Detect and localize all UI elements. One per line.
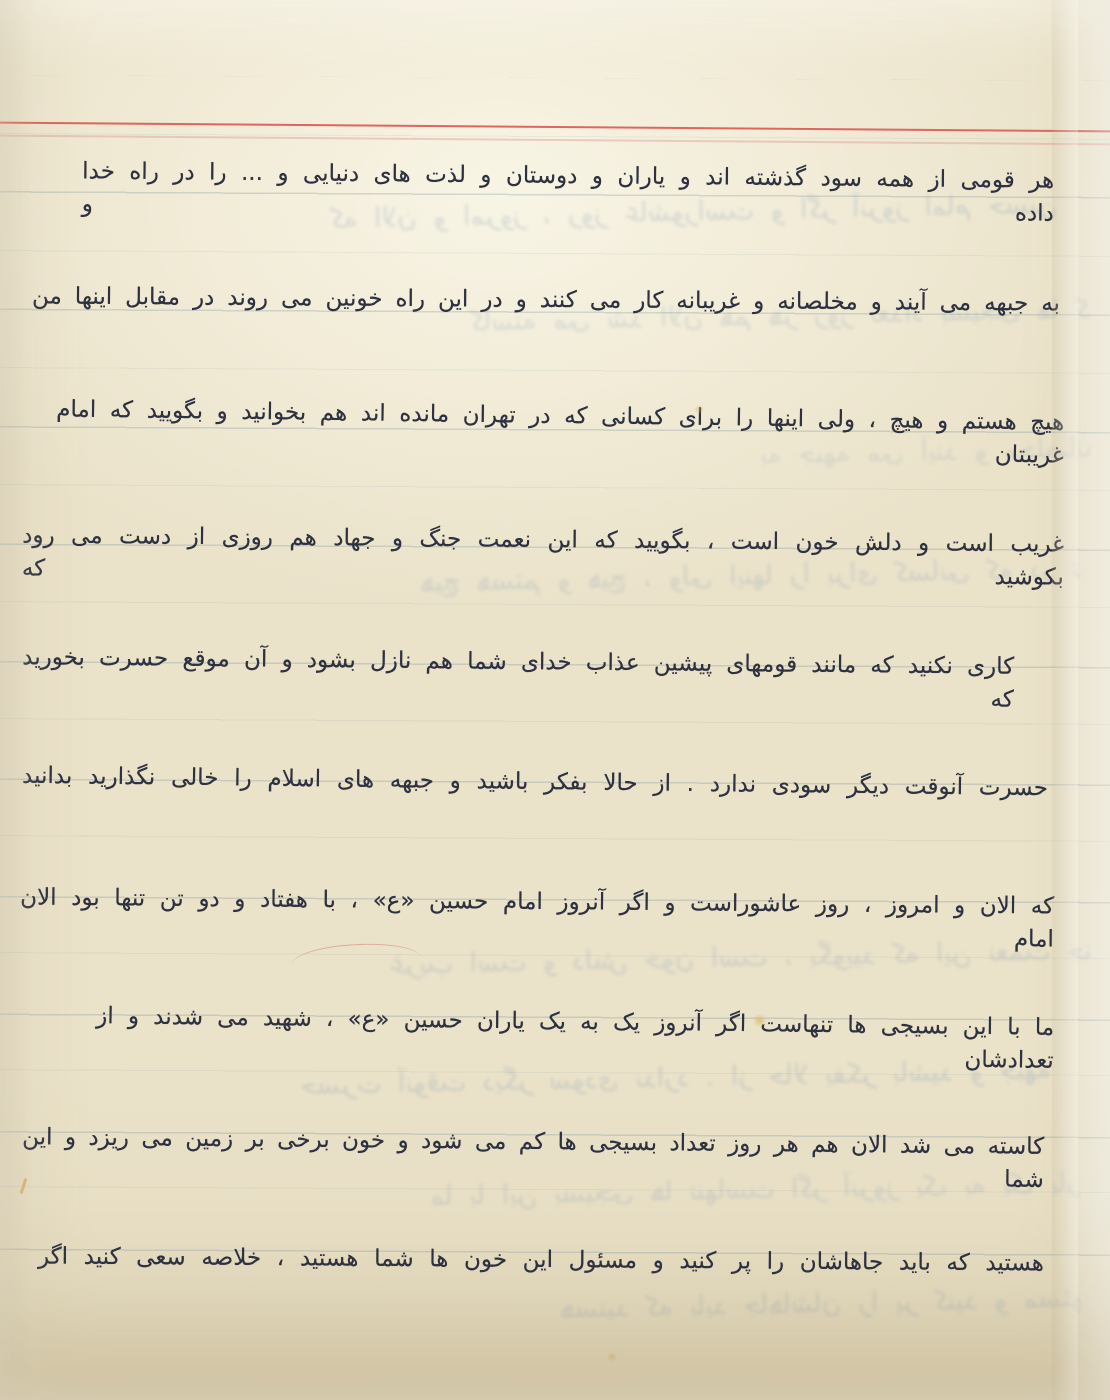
page-edge-crease bbox=[1052, 0, 1078, 1400]
handwritten-line-10: هستید که باید جاهاشان را پر کنید و مسئول… bbox=[38, 1240, 1044, 1280]
header-red-rule bbox=[0, 122, 1110, 133]
handwritten-line-8: ما با این بسیجی ها تنهاست اگر آنروز یک ب… bbox=[96, 1000, 1055, 1078]
handwritten-line-7: که الان و امروز ، روز عاشوراست و اگر آنر… bbox=[20, 881, 1055, 957]
notebook-page: که الان و امروز ، روز عاشوراست و اگر آنر… bbox=[0, 0, 1110, 1400]
handwritten-line-1: هر قومی از همه سود گذشته اند و یاران و د… bbox=[82, 155, 1055, 231]
handwritten-line-5: کاری نکنید که مانند قومهای پیشین عذاب خد… bbox=[22, 641, 1015, 717]
paper-stain bbox=[606, 1352, 618, 1362]
handwritten-line-9: کاسته می شد الان هم هر روز تعداد بسیجی ه… bbox=[22, 1121, 1045, 1197]
handwritten-line-3: هیچ هستم و هیچ ، ولی اینها را برای کسانی… bbox=[56, 393, 1065, 473]
bleedthrough-text: هستید که باید جاهاشان را پر کنید و مسئول… bbox=[560, 1283, 1081, 1325]
handwritten-line-4: غریب است و دلش خون است ، بگویید که این ن… bbox=[22, 519, 1065, 595]
header-red-rule-echo bbox=[0, 135, 1110, 145]
handwritten-line-6: حسرت آنوقت دیگر سودی ندارد . از حالا بفک… bbox=[22, 760, 1048, 806]
handwritten-line-2: به جبهه می آیند و مخلصانه و غریبانه کار … bbox=[32, 280, 1060, 321]
